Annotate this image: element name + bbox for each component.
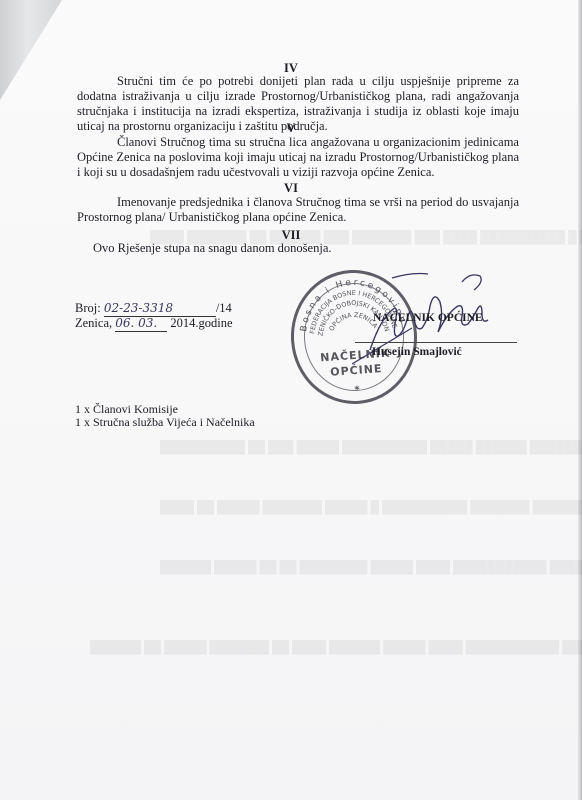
scanned-page: ████ ███████ ██ ██████ ███ ███████ ███ █… — [0, 0, 582, 800]
reference-number: Broj: 02-23-3318/14 — [75, 301, 232, 317]
bleed-through-text: ████ ██ █████ ███████ █████ █ ██████████… — [160, 500, 582, 515]
article-number-v: V — [0, 121, 582, 136]
article-vi-text: Imenovanje predsjednika i članova Stručn… — [77, 195, 519, 225]
signatory-title: NAČELNIK OPĆINE — [373, 312, 483, 324]
article-number-vi: VI — [0, 181, 582, 196]
handwritten-date: 06. 03. — [115, 316, 157, 330]
bleed-through-text: ██████ █████ ██ ██ ████████ █████ ████ █… — [160, 560, 582, 575]
handwritten-number: 02-23-3318 — [104, 301, 173, 315]
folded-page-corner — [0, 0, 62, 100]
bleed-through-text: ██████ ██ █████ ███████ ██ ████ ██████ █… — [90, 640, 582, 655]
article-v-text: Članovi Stručnog tima su stručna lica an… — [77, 135, 519, 180]
signature-line — [355, 342, 517, 343]
article-vii-text: Ovo Rješenje stupa na snagu danom donoše… — [77, 241, 519, 256]
distribution-item: 1 x Stručna služba Vijeća i Načelnika — [75, 415, 255, 430]
bleed-through-text: ██████████ ██ ███ █████ ██████████ █████… — [160, 440, 582, 455]
page-edge-shadow — [578, 0, 582, 800]
reference-date: Zenica, 06. 03. 2014.godine — [75, 316, 233, 332]
signatory-name: Husejin Smajlović — [372, 346, 462, 358]
